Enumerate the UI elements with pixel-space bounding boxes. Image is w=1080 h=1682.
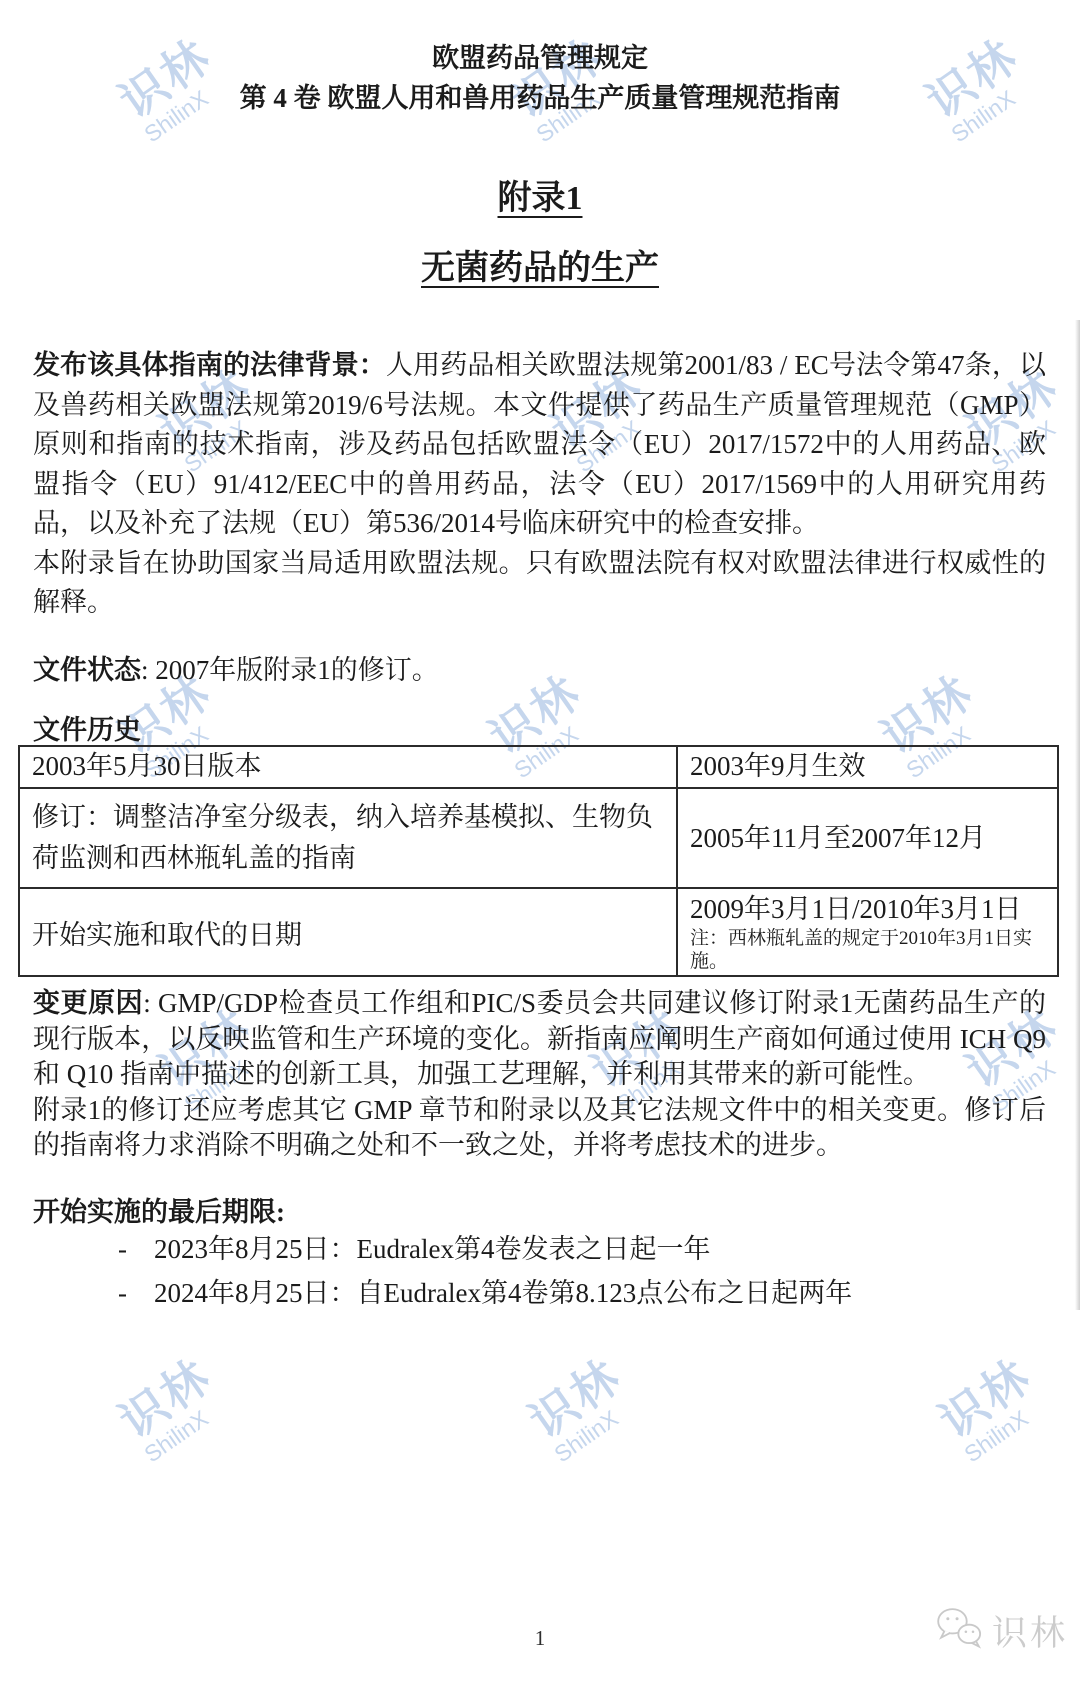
watermark-text: 识林 <box>492 1330 659 1467</box>
reason-for-change-text: : GMP/GDP检查员工作组和PIC/S委员会共同建议修订附录1无菌药品生产的… <box>33 988 1046 1089</box>
doc-header-line2: 第 4 卷 欧盟人用和兽用药品生产质量管理规范指南 <box>0 78 1080 118</box>
implementation-note: 注：西林瓶轧盖的规定于2010年3月1日实施。 <box>690 927 1045 973</box>
document-status-text: : 2007年版附录1的修订。 <box>141 655 439 685</box>
deadlines-list: - 2023年8月25日：Eudralex第4卷发表之日起一年 - 2024年8… <box>33 1233 1046 1321</box>
legal-background-paragraph: 发布该具体指南的法律背景：人用药品相关欧盟法规第2001/83 / EC号法令第… <box>33 346 1046 623</box>
reason-for-change-paragraph: 变更原因: GMP/GDP检查员工作组和PIC/S委员会共同建议修订附录1无菌药… <box>33 986 1046 1164</box>
table-row: 2003年5月30日版本 2003年9月生效 <box>19 746 1058 788</box>
watermark-subtext: ShilinX <box>88 1369 263 1503</box>
document-status-label: 文件状态 <box>33 655 141 685</box>
deadline-text: 2023年8月25日：Eudralex第4卷发表之日起一年 <box>154 1233 710 1266</box>
list-item: - 2023年8月25日：Eudralex第4卷发表之日起一年 <box>33 1233 1046 1266</box>
watermark-text: 识林 <box>902 1330 1069 1467</box>
deadline-text: 2024年8月25日：自Eudralex第4卷第8.123点公布之日起两年 <box>154 1277 852 1310</box>
implementation-dates: 2009年3月1日/2010年3月1日 <box>690 893 1045 925</box>
document-page: 识林ShilinX识林ShilinX识林ShilinX识林ShilinX识林Sh… <box>0 0 1080 1682</box>
watermark-subtext: ShilinX <box>908 1369 1080 1503</box>
history-cell-version: 2003年5月30日版本 <box>19 746 677 788</box>
doc-header: 欧盟药品管理规定 第 4 卷 欧盟人用和兽用药品生产质量管理规范指南 <box>0 38 1080 118</box>
shilinx-watermark: 识林ShilinX <box>908 1372 1078 1502</box>
bullet-dash: - <box>118 1277 127 1310</box>
doc-header-line1: 欧盟药品管理规定 <box>0 38 1080 78</box>
reason-for-change-label: 变更原因 <box>33 988 143 1018</box>
shilinx-watermark: 识林ShilinX <box>498 1372 668 1502</box>
subject-title: 无菌药品的生产 <box>0 240 1080 289</box>
history-cell-date: 2003年9月生效 <box>677 746 1058 788</box>
watermark-text: 识林 <box>82 1330 249 1467</box>
legal-background-note: 本附录旨在协助国家当局适用欧盟法规。只有欧盟法院有权对欧盟法律进行权威性的解释。 <box>33 548 1046 618</box>
document-status-line: 文件状态: 2007年版附录1的修订。 <box>33 648 1046 687</box>
table-row: 修订：调整洁净室分级表，纳入培养基模拟、生物负荷监测和西林瓶轧盖的指南 2005… <box>19 788 1058 888</box>
history-cell-date: 2009年3月1日/2010年3月1日 注：西林瓶轧盖的规定于2010年3月1日… <box>677 888 1058 976</box>
page-number: 1 <box>0 1626 1080 1651</box>
legal-background-label: 发布该具体指南的法律背景： <box>33 350 386 380</box>
annex-title: 附录1 <box>0 170 1080 219</box>
table-row: 开始实施和取代的日期 2009年3月1日/2010年3月1日 注：西林瓶轧盖的规… <box>19 888 1058 976</box>
scan-edge-artifact <box>1075 320 1080 1310</box>
shilinx-watermark: 识林ShilinX <box>88 1372 258 1502</box>
history-cell-implementation: 开始实施和取代的日期 <box>19 888 677 976</box>
list-item: - 2024年8月25日：自Eudralex第4卷第8.123点公布之日起两年 <box>33 1277 1046 1310</box>
document-history-table: 2003年5月30日版本 2003年9月生效 修订：调整洁净室分级表，纳入培养基… <box>18 745 1059 977</box>
history-cell-date: 2005年11月至2007年12月 <box>677 788 1058 888</box>
document-history-heading: 文件历史 <box>33 708 1046 747</box>
history-cell-revision: 修订：调整洁净室分级表，纳入培养基模拟、生物负荷监测和西林瓶轧盖的指南 <box>19 788 677 888</box>
bullet-dash: - <box>118 1233 127 1266</box>
deadlines-heading: 开始实施的最后期限: <box>33 1190 1046 1229</box>
watermark-subtext: ShilinX <box>498 1369 673 1503</box>
reason-for-change-text2: 附录1的修订还应考虑其它 GMP 章节和附录以及其它法规文件中的相关变更。修订后… <box>33 1095 1046 1161</box>
